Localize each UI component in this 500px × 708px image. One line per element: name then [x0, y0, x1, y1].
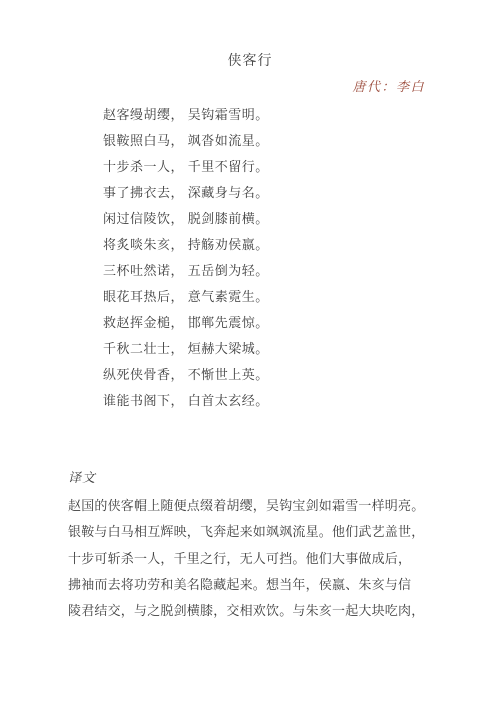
poem-attribution: 唐代：李白: [352, 76, 425, 95]
poem-line: 纵死侠骨香， 不惭世上英。: [103, 362, 269, 388]
poem-line: 十步杀一人， 千里不留行。: [103, 154, 269, 180]
poem-line: 赵客缦胡缨， 吴钩霜雪明。: [103, 102, 269, 128]
poem-document-page: 侠客行 唐代：李白 赵客缦胡缨， 吴钩霜雪明。银鞍照白马， 飒沓如流星。十步杀一…: [0, 0, 500, 708]
translation-line: 赵国的侠客帽上随便点缀着胡缨，吴钩宝剑如霜雪一样明亮。: [68, 493, 424, 519]
poem-line: 三杯吐然诺， 五岳倒为轻。: [103, 258, 269, 284]
poem-line: 闲过信陵饮， 脱剑膝前横。: [103, 206, 269, 232]
poem-line: 银鞍照白马， 飒沓如流星。: [103, 128, 269, 154]
translation-body: 赵国的侠客帽上随便点缀着胡缨，吴钩宝剑如霜雪一样明亮。银鞍与白马相互辉映，飞奔起…: [68, 493, 424, 624]
poem-line: 眼花耳热后， 意气素霓生。: [103, 284, 269, 310]
translation-line: 陵君结交，与之脱剑横膝，交相欢饮。与朱亥一起大块吃肉，: [68, 598, 424, 624]
translation-heading: 译文: [68, 467, 96, 486]
translation-line: 银鞍与白马相互辉映，飞奔起来如飒飒流星。他们武艺盖世，: [68, 519, 424, 545]
poem-line: 事了拂衣去， 深藏身与名。: [103, 180, 269, 206]
poem-line: 千秋二壮士， 烜赫大梁城。: [103, 336, 269, 362]
poem-title: 侠客行: [0, 50, 500, 70]
poem-line: 救赵挥金槌， 邯郸先震惊。: [103, 310, 269, 336]
poem-line: 将炙啖朱亥， 持觞劝侯嬴。: [103, 232, 269, 258]
poem-line: 谁能书阁下， 白首太玄经。: [103, 388, 269, 414]
poem-body: 赵客缦胡缨， 吴钩霜雪明。银鞍照白马， 飒沓如流星。十步杀一人， 千里不留行。事…: [103, 102, 269, 414]
translation-line: 拂袖而去将功劳和美名隐藏起来。想当年，侯嬴、朱亥与信: [68, 572, 424, 598]
translation-line: 十步可斩杀一人，千里之行，无人可挡。他们大事做成后，: [68, 546, 424, 572]
